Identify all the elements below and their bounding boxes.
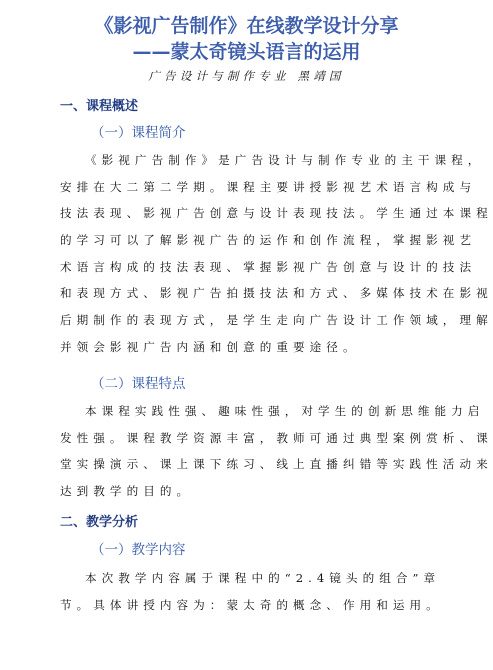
paragraph-line: 堂实操演示、课上课下练习、线上直播纠错等实践性活动来 — [60, 451, 432, 478]
author-line: 广告设计与制作专业 黑靖国 — [0, 68, 493, 84]
paragraph-line: 《影视广告制作》是广告设计与制作专业的主干课程， — [60, 147, 432, 174]
paragraph-course-intro: 《影视广告制作》是广告设计与制作专业的主干课程， 安排在大二第二学期。课程主要讲… — [60, 147, 432, 361]
paragraph-line: 节。具体讲授内容为：蒙太奇的概念、作用和运用。 — [60, 592, 432, 619]
document-title-line-2: ——蒙太奇镜头语言的运用 — [0, 40, 493, 64]
paragraph-line: 技法表现、影视广告创意与设计表现技法。学生通过本课程 — [60, 200, 432, 227]
paragraph-line: 和表现方式、影视广告拍摄技法和方式、多媒体技术在影视 — [60, 280, 432, 307]
paragraph-line: 的学习可以了解影视广告的运作和创作流程，掌握影视艺 — [60, 227, 432, 254]
paragraph-line: 发性强。课程教学资源丰富，教师可通过典型案例赏析、课 — [60, 425, 432, 452]
paragraph-line: 本次教学内容属于课程中的“2.4镜头的组合”章 — [60, 565, 432, 592]
paragraph-line: 达到教学的目的。 — [60, 478, 432, 505]
paragraph-line: 术语言构成的技法表现、掌握影视广告创意与设计的技法 — [60, 254, 432, 281]
section-heading-teaching-analysis: 二、教学分析 — [60, 514, 138, 532]
paragraph-line: 本课程实践性强、趣味性强，对学生的创新思维能力启 — [60, 398, 432, 425]
paragraph-course-features: 本课程实践性强、趣味性强，对学生的创新思维能力启 发性强。课程教学资源丰富，教师… — [60, 398, 432, 505]
paragraph-line: 并领会影视广告内涵和创意的重要途径。 — [60, 334, 432, 361]
paragraph-teaching-content: 本次教学内容属于课程中的“2.4镜头的组合”章 节。具体讲授内容为：蒙太奇的概念… — [60, 565, 432, 618]
subsection-heading-teaching-content: （一）教学内容 — [91, 541, 186, 559]
subsection-heading-course-features: （二）课程特点 — [91, 375, 186, 393]
document-title-line-1: 《影视广告制作》在线教学设计分享 — [0, 14, 493, 38]
subsection-heading-course-intro: （一）课程简介 — [91, 124, 186, 142]
paragraph-line: 安排在大二第二学期。课程主要讲授影视艺术语言构成与 — [60, 174, 432, 201]
paragraph-line: 后期制作的表现方式，是学生走向广告设计工作领域，理解 — [60, 307, 432, 334]
section-heading-course-overview: 一、课程概述 — [60, 98, 138, 116]
